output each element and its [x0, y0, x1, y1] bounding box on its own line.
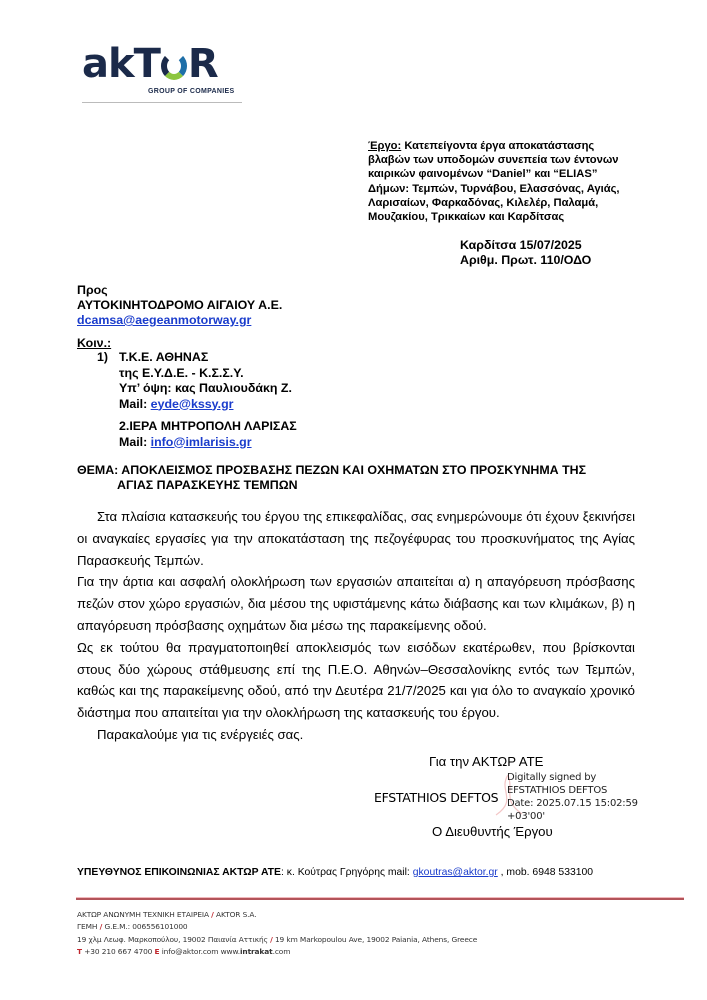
cc-item-number: 1) [97, 350, 119, 366]
footer-company-gr: ΑΚΤΩΡ ΑΝΩΝΥΜΗ ΤΕΧΝΙΚΗ ΕΤΑΙΡΕΙΑ [77, 910, 209, 919]
footer-gemi-en: G.E.M.: 006556101000 [104, 922, 187, 931]
digital-signature-info: Digitally signed by EFSTATHIOS DEFTOS Da… [507, 771, 638, 823]
footer-separator: / [100, 922, 103, 931]
signature-company: Για την ΑΚΤΩΡ ΑΤΕ [429, 754, 543, 769]
cc-item-line: Υπ’ όψη: κας Παυλιουδάκη Ζ. [97, 381, 292, 397]
recipient-label: Προς [77, 283, 282, 298]
body-paragraph: Παρακαλούμε για τις ενέργειές σας. [77, 724, 635, 746]
company-logo: akTR GROUP OF COMPANIES [82, 44, 242, 104]
project-line: καιρικών φαινομένων “Daniel” και “ELIAS” [368, 167, 668, 181]
place-date: Καρδίτσα 15/07/2025 [460, 238, 591, 253]
recipient-block: Προς ΑΥΤΟΚΙΝΗΤΟΔΡΟΜΟ ΑΙΓΑΙΟΥ Α.Ε. dcamsa… [77, 283, 282, 328]
logo-divider [82, 102, 242, 103]
recipient-email-link[interactable]: dcamsa@aegeanmotorway.gr [77, 313, 251, 327]
subject-line: ΘΕΜΑ: ΑΠΟΚΛΕΙΣΜΟΣ ΠΡΟΣΒΑΣΗΣ ΠΕΖΩΝ ΚΑΙ ΟΧ… [77, 463, 637, 478]
footer-gemi-gr: ΓΕΜΗ [77, 922, 97, 931]
project-line: Λαρισαίων, Φαρκαδόνας, Κιλελέρ, Παλαμά, [368, 196, 668, 210]
protocol-number: Αριθμ. Πρωτ. 110/ΟΔΟ [460, 253, 591, 268]
project-description: Έργο: Κατεπείγοντα έργα αποκατάστασης βλ… [368, 139, 668, 224]
project-line: Δήμων: Τεμπών, Τυρνάβου, Ελασσόνας, Αγιά… [368, 182, 668, 196]
cc-mail-label: Mail: [119, 397, 151, 411]
letter-body: Στα πλαίσια κατασκευής του έργου της επι… [77, 506, 635, 746]
contact-email-link[interactable]: gkoutras@aktor.gr [413, 867, 498, 878]
signer-role: Ο Διευθυντής Έργου [432, 824, 553, 839]
body-paragraph: Για την άρτια και ασφαλή ολοκλήρωση των … [77, 571, 635, 636]
cc-email-link[interactable]: info@imlarisis.gr [151, 435, 252, 449]
logo-ring-icon [161, 52, 187, 80]
signature-line: +03'00' [507, 810, 638, 823]
project-line: βλαβών των υποδομών συνεπεία των έντονων [368, 153, 668, 167]
footer-tel: +30 210 667 4700 [82, 947, 155, 956]
cc-item-line: της Ε.Υ.Δ.Ε. - Κ.Σ.Σ.Υ. [97, 366, 292, 382]
company-footer: ΑΚΤΩΡ ΑΝΩΝΥΜΗ ΤΕΧΝΙΚΗ ΕΤΑΙΡΕΙΑ / AKTOR S… [77, 909, 477, 959]
footer-email[interactable]: info@aktor.com [159, 947, 220, 956]
signer-name: EFSTATHIOS DEFTOS [374, 790, 498, 805]
body-paragraph: Στα πλαίσια κατασκευής του έργου της επι… [77, 506, 635, 571]
footer-company-en: AKTOR S.A. [216, 910, 256, 919]
footer-divider [76, 897, 684, 900]
project-line: Κατεπείγοντα έργα αποκατάστασης [401, 140, 594, 152]
cc-item-1: 1)Τ.Κ.Ε. ΑΘΗΝΑΣ της Ε.Υ.Δ.Ε. - Κ.Σ.Σ.Υ. … [97, 350, 292, 412]
signature-line: Digitally signed by [507, 771, 638, 784]
logo-wordmark: akTR [82, 44, 218, 84]
body-paragraph: Ως εκ τούτου θα πραγματοποιηθεί αποκλεισ… [77, 637, 635, 724]
project-line: Μουζακίου, Τρικκαίων και Καρδίτσας [368, 210, 668, 224]
logo-subtitle: GROUP OF COMPANIES [148, 88, 234, 95]
recipient-name: ΑΥΤΟΚΙΝΗΤΟΔΡΟΜΟ ΑΙΓΑΙΟΥ Α.Ε. [77, 298, 282, 313]
contact-mobile: , mob. 6948 533100 [498, 867, 593, 878]
contact-person: : κ. Κούτρας Γρηγόρης mail: [281, 867, 413, 878]
footer-address-en: 19 km Markopoulou Ave, 19002 Paiania, At… [275, 935, 477, 944]
cc-mail-label: Mail: [119, 435, 151, 449]
footer-separator: / [270, 935, 273, 944]
cc-label: Κοιν.: [77, 336, 111, 350]
cc-item-name: Τ.Κ.Ε. ΑΘΗΝΑΣ [119, 350, 208, 364]
project-label: Έργο: [368, 140, 401, 152]
footer-address-gr: 19 χλμ Λεωφ. Μαρκοπούλου, 19002 Παιανία … [77, 935, 268, 944]
footer-website[interactable]: www.intrakat.com [221, 947, 291, 956]
cc-item-2: 2.ΙΕΡΑ ΜΗΤΡΟΠΟΛΗ ΛΑΡΙΣΑΣ Mail: info@imla… [97, 419, 297, 450]
contact-line: ΥΠΕΥΘΥΝΟΣ ΕΠΙΚΟΙΝΩΝΙΑΣ ΑΚΤΩΡ ΑΤΕ: κ. Κού… [77, 867, 593, 878]
subject: ΘΕΜΑ: ΑΠΟΚΛΕΙΣΜΟΣ ΠΡΟΣΒΑΣΗΣ ΠΕΖΩΝ ΚΑΙ ΟΧ… [77, 463, 637, 493]
cc-email-link[interactable]: eyde@kssy.gr [151, 397, 234, 411]
subject-line: ΑΓΙΑΣ ΠΑΡΑΣΚΕΥΗΣ ΤΕΜΠΩΝ [77, 478, 637, 493]
contact-label: ΥΠΕΥΘΥΝΟΣ ΕΠΙΚΟΙΝΩΝΙΑΣ ΑΚΤΩΡ ΑΤΕ [77, 867, 281, 878]
signature-line: EFSTATHIOS DEFTOS [507, 784, 638, 797]
cc-item-name: 2.ΙΕΡΑ ΜΗΤΡΟΠΟΛΗ ΛΑΡΙΣΑΣ [119, 419, 297, 435]
footer-separator: / [211, 910, 214, 919]
signature-line: Date: 2025.07.15 15:02:59 [507, 797, 638, 810]
date-block: Καρδίτσα 15/07/2025 Αριθμ. Πρωτ. 110/ΟΔΟ [460, 238, 591, 268]
